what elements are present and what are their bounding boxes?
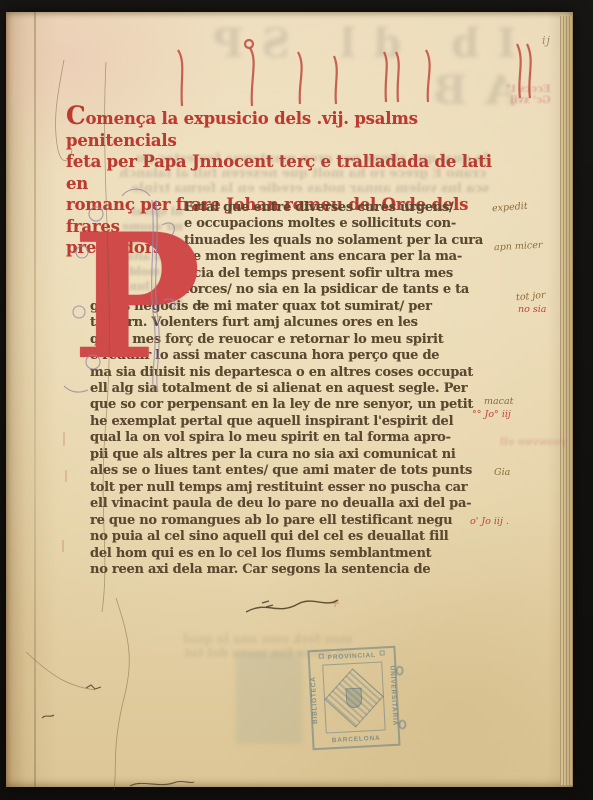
margin-note-red: o' Jo iij . bbox=[470, 516, 509, 527]
margin-note: no sia bbox=[518, 304, 546, 315]
library-stamp: PROVINCIAL BIBLIOTECA UNIVERSITARIA BARC… bbox=[307, 646, 400, 750]
text-line: de mon regiment ans encara per la ma- bbox=[184, 249, 492, 265]
text-line: del hom qui es en lo cel los flums sembl… bbox=[90, 546, 492, 562]
text-line: ell vinacint paula de deu lo pare no deu… bbox=[90, 496, 492, 512]
text-line: tinuades les quals no solament per la cu… bbox=[184, 233, 492, 249]
text-line: no puia al cel sino aquell qui del cel e… bbox=[90, 529, 492, 545]
bleedthrough-line: crano E grece ro ha molt que nexeren ful… bbox=[96, 165, 486, 180]
text-line: qual la on vol spira lo meu spirit en ta… bbox=[90, 430, 492, 446]
text-line: pii que als altres per la cura no sia ax… bbox=[90, 447, 492, 463]
text-line: forces/ no sia en la psidicar de tants e… bbox=[184, 282, 492, 298]
margin-note: apn micer bbox=[494, 240, 543, 254]
bleedthrough-red-note: yuowvwe ell bbox=[500, 437, 567, 448]
stamp-text-bottom: BARCELONA bbox=[314, 734, 398, 745]
bleedthrough-line: la qual que simpx per gren mantenua feu … bbox=[98, 150, 488, 165]
margin-note: expedit bbox=[492, 201, 528, 214]
margin-note: tot jor bbox=[516, 290, 546, 304]
margin-note: Gia bbox=[494, 467, 510, 478]
text-line: Ertal que entre diverses cures urgens/ bbox=[184, 200, 492, 216]
illuminated-initial-P: P bbox=[72, 202, 172, 412]
bleedthrough-capitals: Ib dl SP AB bbox=[116, 20, 516, 114]
manuscript-photo: Ib dl SP AB la qual que simpx per gren m… bbox=[0, 0, 593, 800]
text-line: re que no romangues ab lo pare ell testi… bbox=[90, 513, 492, 529]
parchment-page: Ib dl SP AB la qual que simpx per gren m… bbox=[6, 12, 573, 787]
bleedthrough-line: sca lus volem annar notas eredie en la f… bbox=[99, 180, 489, 195]
stamp-bleedthrough bbox=[236, 652, 302, 744]
text-line: ales se o liues tant entes/ que ami mate… bbox=[90, 463, 492, 479]
folio-number: ij bbox=[542, 34, 551, 47]
binding-gutter bbox=[34, 12, 36, 787]
stamp-inner-frame bbox=[322, 661, 386, 733]
stamp-text-left: BIBLIOTECA bbox=[310, 676, 319, 724]
text-line: he exemplat pertal que aquell inspirant … bbox=[90, 414, 492, 430]
margin-note-red: °° Jo° iij bbox=[472, 409, 511, 420]
text-line: licia del temps present sofir ultra mes bbox=[184, 266, 492, 282]
stamp-ring bbox=[395, 665, 404, 675]
book-page-edges bbox=[560, 16, 573, 785]
stamp-ring bbox=[398, 719, 407, 729]
text-line: no reen axi dela mar. Car segons la sent… bbox=[90, 562, 492, 578]
bleedthrough-red-note: Ecccs t° Gc' xvij bbox=[506, 84, 551, 106]
text-line: tolt per null temps amj restituint esser… bbox=[90, 480, 492, 496]
stamp-shield bbox=[345, 687, 362, 708]
text-line: e occupacions moltes e sollicituts con- bbox=[184, 216, 492, 232]
margin-note: macat bbox=[484, 396, 513, 407]
